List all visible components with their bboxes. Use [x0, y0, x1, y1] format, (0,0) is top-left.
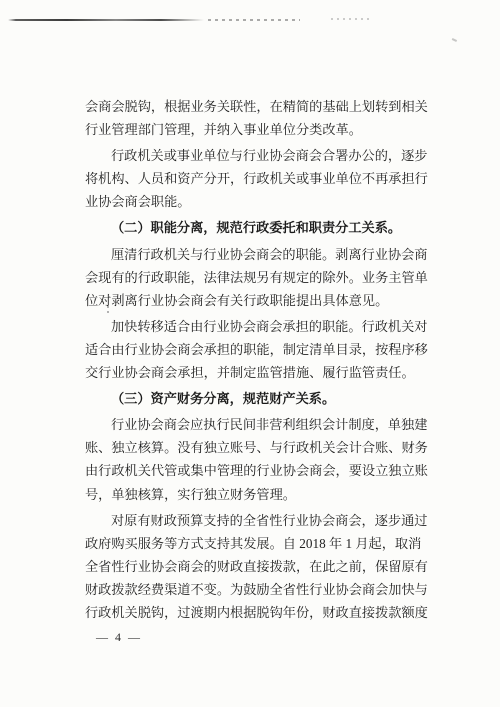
scan-artifact-line — [8, 19, 204, 21]
text-line: 号，单独核算，实行独立财务管理。 — [85, 483, 431, 506]
text-line: 会现有的行政职能，法律法规另有规定的除外。业务主管单 — [85, 266, 431, 289]
scan-artifact-dots — [331, 18, 373, 20]
text-line: 行业管理部门管理，并纳入事业单位分类改革。 — [85, 118, 431, 141]
scan-artifact-mark — [452, 38, 457, 41]
text-line: 加快转移适合由行业协会商会承担的职能。行政机关对 — [85, 315, 431, 338]
text-line: 财政拨款经费渠道不变。为鼓励全省性行业协会商会加快与 — [85, 578, 431, 601]
document-content: 会商会脱钩，根据业务关联性，在精简的基础上划转到相关行业管理部门管理，并纳入事业… — [85, 95, 431, 624]
text-line: 对原有财政预算支持的全省性行业协会商会，逐步通过 — [85, 509, 431, 532]
text-line: 将机构、人员和资产分开，行政机关或事业单位不再承担行 — [85, 167, 431, 190]
section-heading: （二）职能分离，规范行政委托和职责分工关系。 — [85, 216, 431, 239]
text-line: 政府购买服务等方式支持其发展。自 2018 年 1 月起，取消 — [85, 532, 431, 555]
section-heading: （三）资产财务分离，规范财产关系。 — [85, 387, 431, 410]
text-line: 行政机关脱钩，过渡期内根据脱钩年份，财政直接拨款额度 — [85, 601, 431, 624]
text-line: 行业协会商会应执行民间非营利组织会计制度，单独建 — [85, 413, 431, 436]
scan-artifact-dashes — [208, 19, 300, 21]
paragraph: 会商会脱钩，根据业务关联性，在精简的基础上划转到相关行业管理部门管理，并纳入事业… — [85, 95, 431, 141]
text-line: （三）资产财务分离，规范财产关系。 — [85, 387, 431, 410]
text-line: 交行业协会商会承担，并制定监管措施、履行监管责任。 — [85, 361, 431, 384]
text-line: 厘清行政机关与行业协会商会的职能。剥离行业协会商 — [85, 243, 431, 266]
page-number: — 4 — — [96, 630, 142, 645]
text-line: 由行政机关代管或集中管理的行业协会商会，要设立独立账 — [85, 459, 431, 482]
text-line: 账、独立核算。没有独立账号、与行政机关会计合账、财务 — [85, 436, 431, 459]
paragraph: 行业协会商会应执行民间非营利组织会计制度，单独建账、独立核算。没有独立账号、与行… — [85, 413, 431, 505]
paragraph: 加快转移适合由行业协会商会承担的职能。行政机关对适合由行业协会商会承担的职能，制… — [85, 315, 431, 384]
text-line: 位对剥离行业协会商会有关行政职能提出具体意见。 — [85, 289, 431, 312]
paragraph: 对原有财政预算支持的全省性行业协会商会，逐步通过政府购买服务等方式支持其发展。自… — [85, 509, 431, 624]
document-page: 会商会脱钩，根据业务关联性，在精简的基础上划转到相关行业管理部门管理，并纳入事业… — [0, 0, 500, 707]
text-line: 会商会脱钩，根据业务关联性，在精简的基础上划转到相关 — [85, 95, 431, 118]
text-line: 全省性行业协会商会的财政直接拨款，在此之前，保留原有 — [85, 555, 431, 578]
text-line: 行政机关或事业单位与行业协会商会合署办公的，逐步 — [85, 144, 431, 167]
text-line: 业协会商会职能。 — [85, 190, 431, 213]
text-line: （二）职能分离，规范行政委托和职责分工关系。 — [85, 216, 431, 239]
paragraph: 厘清行政机关与行业协会商会的职能。剥离行业协会商会现有的行政职能，法律法规另有规… — [85, 243, 431, 312]
text-line: 适合由行业协会商会承担的职能，制定清单目录，按程序移 — [85, 338, 431, 361]
paragraph: 行政机关或事业单位与行业协会商会合署办公的，逐步将机构、人员和资产分开，行政机关… — [85, 144, 431, 213]
